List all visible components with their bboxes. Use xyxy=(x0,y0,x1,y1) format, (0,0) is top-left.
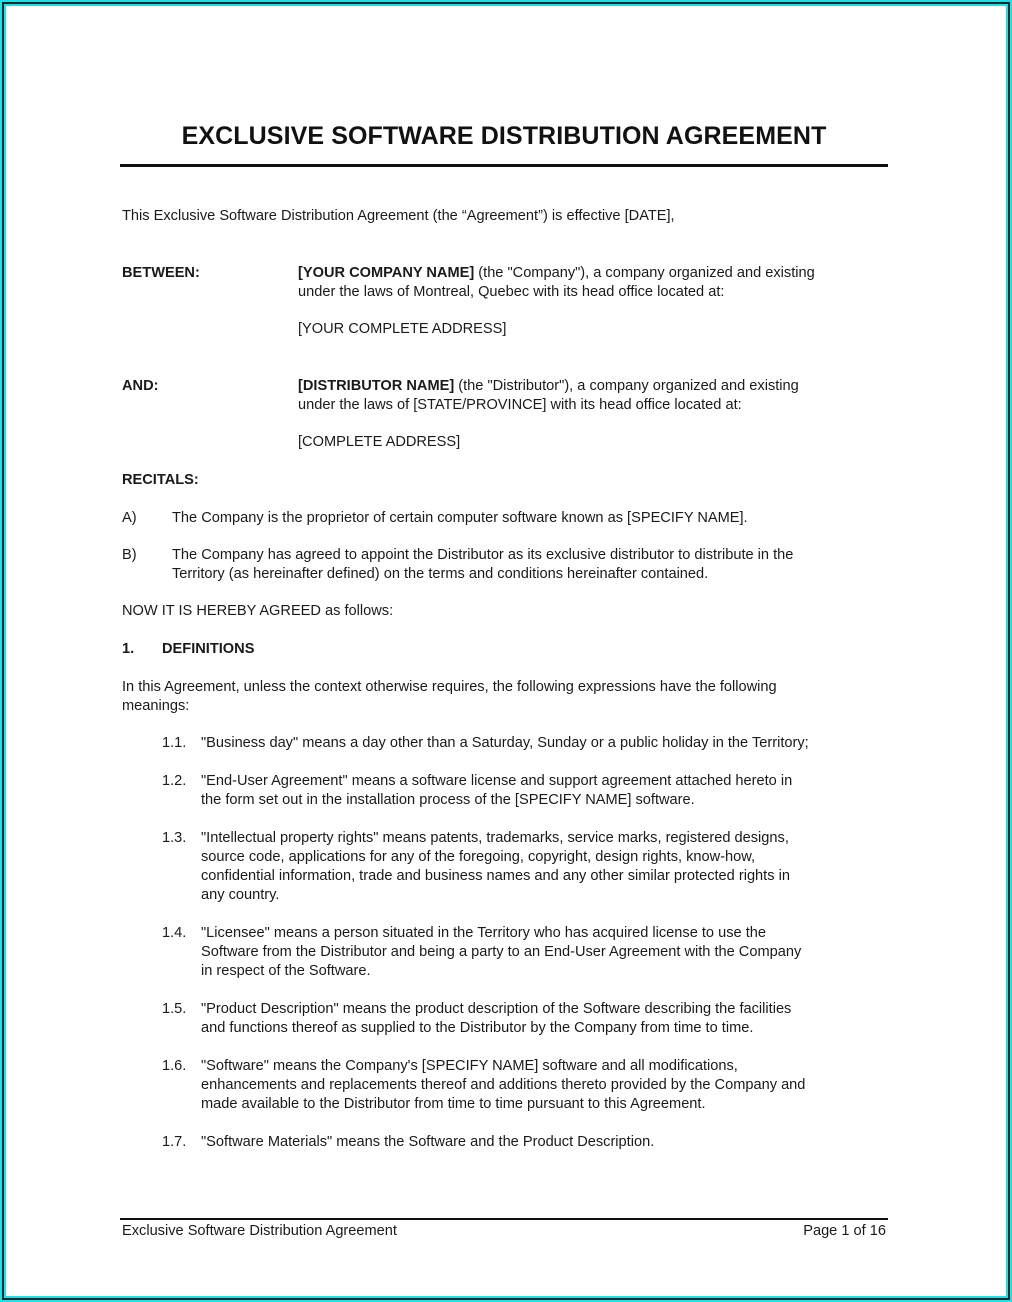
recitals-heading: RECITALS: xyxy=(122,471,199,490)
definition-text-line: made available to the Distributor from t… xyxy=(201,1095,706,1114)
distributor-address-placeholder: [COMPLETE ADDRESS] xyxy=(298,433,460,452)
definition-text-line: "End-User Agreement" means a software li… xyxy=(201,772,792,791)
distributor-name-placeholder: [DISTRIBUTOR NAME] xyxy=(298,378,454,394)
definition-text-line: any country. xyxy=(201,886,279,905)
and-party-line2: under the laws of [STATE/PROVINCE] with … xyxy=(298,396,742,415)
definition-text-line: enhancements and replacements thereof an… xyxy=(201,1076,805,1095)
definition-text-line: "Product Description" means the product … xyxy=(201,1000,791,1019)
definition-text-line: "Software" means the Company's [SPECIFY … xyxy=(201,1057,738,1076)
definition-text-line: "Intellectual property rights" means pat… xyxy=(201,829,789,848)
definition-text-line: source code, applications for any of the… xyxy=(201,848,755,867)
definitions-intro-line1: In this Agreement, unless the context ot… xyxy=(122,678,777,697)
definition-text-line: "Business day" means a day other than a … xyxy=(201,734,809,753)
company-address-placeholder: [YOUR COMPLETE ADDRESS] xyxy=(298,320,506,339)
page-number: Page 1 of 16 xyxy=(803,1223,886,1239)
recital-a-marker: A) xyxy=(122,509,137,528)
between-line1-text: (the "Company"), a company organized and… xyxy=(474,265,815,281)
definition-text-line: "Software Materials" means the Software … xyxy=(201,1133,654,1152)
document-page: EXCLUSIVE SOFTWARE DISTRIBUTION AGREEMEN… xyxy=(0,0,1012,1302)
between-party-line1: [YOUR COMPANY NAME] (the "Company"), a c… xyxy=(298,264,815,283)
and-line1-text: (the "Distributor"), a company organized… xyxy=(454,378,799,394)
footer-rule xyxy=(120,1218,888,1220)
definition-text-line: the form set out in the installation pro… xyxy=(201,791,695,810)
document-title: EXCLUSIVE SOFTWARE DISTRIBUTION AGREEMEN… xyxy=(120,122,888,151)
between-label: BETWEEN: xyxy=(122,264,200,283)
definition-number: 1.7. xyxy=(162,1133,186,1152)
definition-text-line: confidential information, trade and busi… xyxy=(201,867,790,886)
recital-b-marker: B) xyxy=(122,546,137,565)
definition-number: 1.2. xyxy=(162,772,186,791)
definition-number: 1.1. xyxy=(162,734,186,753)
definition-text-line: and functions thereof as supplied to the… xyxy=(201,1019,753,1038)
and-label: AND: xyxy=(122,377,158,396)
section-1-number: 1. xyxy=(122,640,134,659)
definition-number: 1.5. xyxy=(162,1000,186,1019)
recital-a-text: The Company is the proprietor of certain… xyxy=(172,509,748,528)
definitions-intro-line2: meanings: xyxy=(122,697,189,716)
recital-b-line2: Territory (as hereinafter defined) on th… xyxy=(172,565,708,584)
definition-number: 1.3. xyxy=(162,829,186,848)
between-party-line2: under the laws of Montreal, Quebec with … xyxy=(298,283,724,302)
definition-number: 1.6. xyxy=(162,1057,186,1076)
definition-text-line: Software from the Distributor and being … xyxy=(201,943,801,962)
recital-b-line1: The Company has agreed to appoint the Di… xyxy=(172,546,793,565)
agreed-statement: NOW IT IS HEREBY AGREED as follows: xyxy=(122,602,393,621)
company-name-placeholder: [YOUR COMPANY NAME] xyxy=(298,265,474,281)
footer-document-name: Exclusive Software Distribution Agreemen… xyxy=(122,1223,397,1239)
definition-text-line: in respect of the Software. xyxy=(201,962,371,981)
title-rule xyxy=(120,164,888,167)
intro-paragraph: This Exclusive Software Distribution Agr… xyxy=(122,207,675,226)
definition-number: 1.4. xyxy=(162,924,186,943)
and-party-line1: [DISTRIBUTOR NAME] (the "Distributor"), … xyxy=(298,377,799,396)
section-1-heading: DEFINITIONS xyxy=(162,640,254,659)
definition-text-line: "Licensee" means a person situated in th… xyxy=(201,924,766,943)
